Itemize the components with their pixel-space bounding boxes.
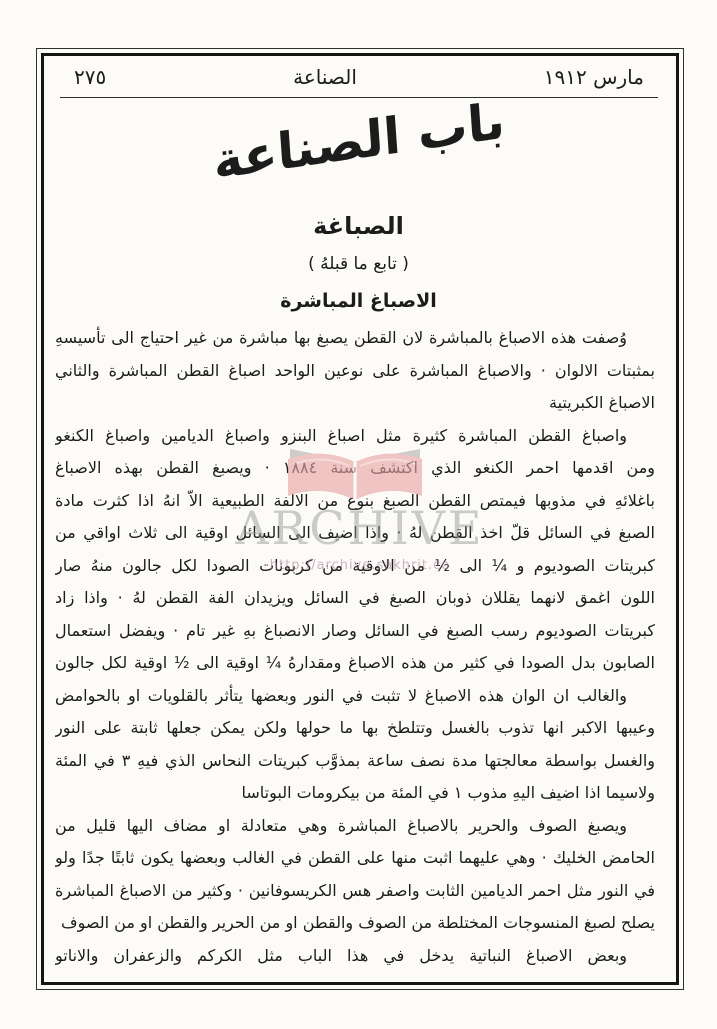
body-line: بمثبتات الالوان · والاصباغ المباشرة على … (55, 355, 655, 388)
body-line: واصباغ القطن المباشرة كثيرة مثل اصباغ ال… (55, 420, 655, 453)
body-line: ويصبغ الصوف والحرير بالاصباغ المباشرة وه… (55, 810, 655, 843)
journal-title: الصناعة (293, 65, 357, 89)
issue-date: مارس ١٩١٢ (544, 65, 644, 89)
section-heading: الاصباغ المباشرة (0, 290, 717, 312)
running-head: مارس ١٩١٢ الصناعة ٢٧٥ (58, 60, 660, 94)
article-body: وُصفت هذه الاصباغ بالمباشرة لان القطن يص… (55, 322, 655, 972)
body-line: في النور مثل احمر الديامين الثابت واصفر … (55, 875, 655, 908)
body-line: ومن اقدمها احمر الكنغو الذي اكتشف سنة ١٨… (55, 452, 655, 485)
body-line: الاصباغ الكبريتية (55, 387, 655, 420)
body-line: الصابون بدل الصودا في كثير من هذه الاصبا… (55, 647, 655, 680)
body-line: اللون اغمق لانهما يقللان ذوبان الصبغ في … (55, 582, 655, 615)
body-line: الحامض الخليك · وهي عليهما اثبت منها على… (55, 842, 655, 875)
continuation-note: ( تابع ما قبلهُ ) (0, 254, 717, 274)
page-number: ٢٧٥ (74, 65, 106, 89)
body-line: وُصفت هذه الاصباغ بالمباشرة لان القطن يص… (55, 322, 655, 355)
body-line: كبريتات الصوديوم رسب الصبغ في السائل وصا… (55, 615, 655, 648)
body-line: كبريتات الصوديوم و ¼ الى ½ من الاوقية من… (55, 550, 655, 583)
body-line: باغلائهِ في مذوبها فيمتص القطن الصبغ بنو… (55, 485, 655, 518)
body-line: وبعض الاصباغ النباتية يدخل في هذا الباب … (55, 940, 655, 973)
scanned-magazine-page: مارس ١٩١٢ الصناعة ٢٧٥ باب الصناعة الصباغ… (0, 0, 717, 1029)
body-line: والغالب ان الوان هذه الاصباغ لا تثبت في … (55, 680, 655, 713)
running-head-rule (60, 97, 658, 98)
body-line: والغسل بواسطة معالجتها مدة نصف ساعة بمذو… (55, 745, 655, 778)
article-title: الصباغة (0, 212, 717, 240)
body-line: وعيبها الاكبر انها تذوب بالغسل وتتلطخ به… (55, 712, 655, 745)
body-line: ولاسيما اذا اضيف اليهِ مذوب ١ في المئة م… (55, 777, 655, 810)
body-line: الصبغ في السائل قلّ اخذ القطن لهُ · واذا… (55, 517, 655, 550)
body-line: يصلح لصبغ المنسوجات المختلطة من الصوف وا… (55, 907, 655, 940)
